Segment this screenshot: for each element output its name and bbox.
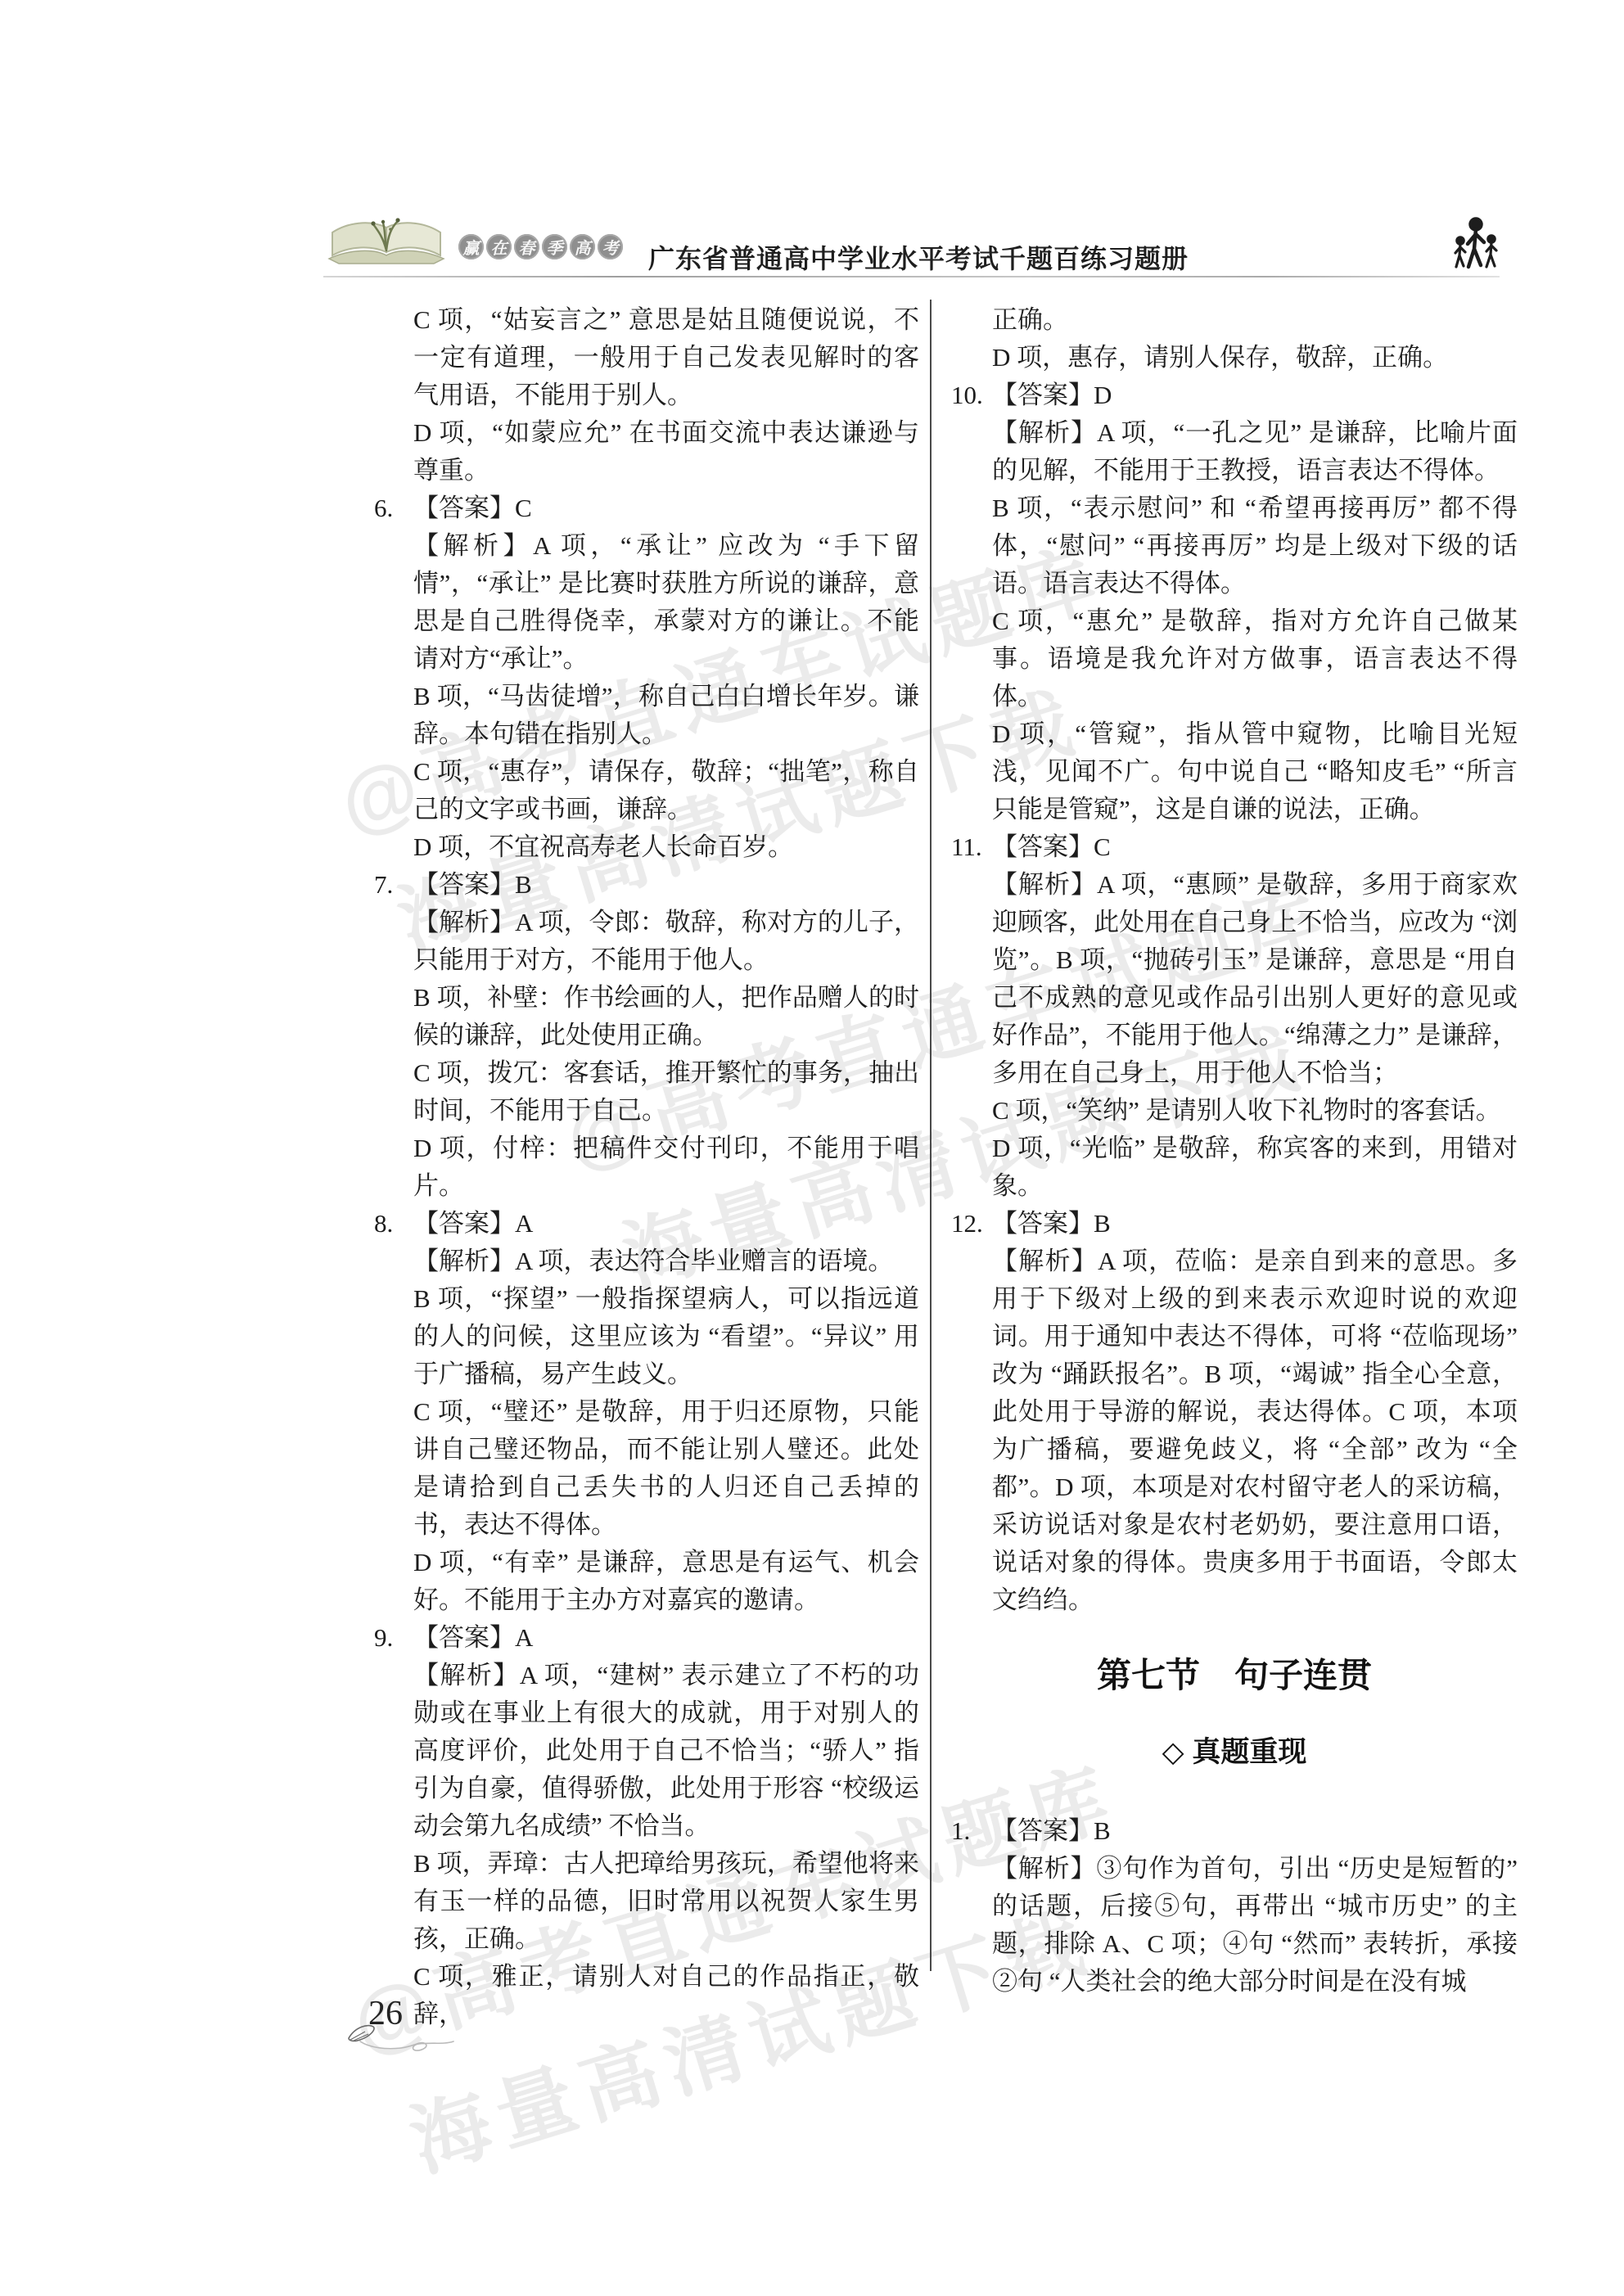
analysis-line: B 项，弄璋：古人把璋给男孩玩，希望他将来有玉一样的品德，旧时常用以祝贺人家生男… bbox=[413, 1845, 919, 1958]
analysis-line: 【解析】A 项，“建树” 表示建立了不朽的功勋或在事业上有很大的成就，用于对别人… bbox=[413, 1657, 919, 1845]
text-line: C 项，“姑妄言之” 意思是姑且随便说说，不一定有道理，一般用于自己发表见解时的… bbox=[413, 301, 919, 414]
answer-item-7: 7. 【答案】B 【解析】A 项，令郎：敬辞，称对方的儿子，只能用于对方，不能用… bbox=[372, 866, 919, 1205]
answer-item-11: 11. 【答案】C 【解析】A 项，“惠顾” 是敬辞，多用于商家欢迎顾客，此处用… bbox=[951, 828, 1518, 1205]
brand-badge: 季 bbox=[542, 234, 567, 259]
analysis-line: 【解析】A 项，“一孔之见” 是谦辞，比喻片面的见解，不能用于王教授，语言表达不… bbox=[992, 414, 1518, 489]
badge-char: 考 bbox=[602, 235, 619, 259]
analysis-line: C 项，雅正，请别人对自己的作品指正，敬辞， bbox=[413, 1958, 919, 2033]
badge-char: 高 bbox=[575, 235, 591, 259]
item-number: 8. bbox=[374, 1205, 393, 1243]
brand-badges: 赢 在 春 季 高 考 bbox=[458, 234, 625, 259]
text-line: D 项，“如蒙应允” 在书面交流中表达谦逊与尊重。 bbox=[413, 414, 919, 489]
analysis-line: C 项，“笑纳” 是请别人收下礼物时的客套话。 bbox=[992, 1092, 1518, 1130]
workbook-title: 广东省普通高中学业水平考试千题百练习题册 bbox=[648, 238, 1189, 276]
brand-badge: 考 bbox=[598, 234, 623, 259]
badge-char: 季 bbox=[547, 235, 563, 259]
answer-item-9: 9. 【答案】A 【解析】A 项，“建树” 表示建立了不朽的功勋或在事业上有很大… bbox=[372, 1619, 919, 2033]
analysis-line: C 项，“惠存”，请保存，敬辞；“拙笔”，称自己的文字或书画，谦辞。 bbox=[413, 753, 919, 828]
item-number: 6. bbox=[374, 489, 393, 527]
analysis-line: 【解析】A 项，表达符合毕业赠言的语境。 bbox=[413, 1243, 919, 1280]
answer-line: 【答案】B bbox=[992, 1812, 1518, 1850]
analysis-line: C 项，“惠允” 是敬辞，指对方允许自己做某事。语境是我允许对方做事，语言表达不… bbox=[992, 602, 1518, 715]
item-number: 9. bbox=[374, 1619, 393, 1657]
answer-line: 【答案】C bbox=[413, 489, 919, 527]
analysis-line: 【解析】A 项，令郎：敬辞，称对方的儿子，只能用于对方，不能用于他人。 bbox=[413, 904, 919, 979]
badge-char: 在 bbox=[491, 235, 508, 259]
workbook-answer-page: @高考直通车试题库 海量高清试题下载 @高考直通车试题库 海量高清试题下载 @高… bbox=[0, 0, 1624, 2296]
answer-line: 【答案】B bbox=[413, 866, 919, 904]
brand-badge: 高 bbox=[570, 234, 595, 259]
answer-item-1: 1. 【答案】B 【解析】③句作为首句，引出 “历史是短暂的” 的话题，后接⑤句… bbox=[951, 1812, 1518, 2001]
answer-item-8: 8. 【答案】A 【解析】A 项，表达符合毕业赠言的语境。 B 项，“探望” 一… bbox=[372, 1205, 919, 1619]
analysis-line: D 项，“光临” 是敬辞，称宾客的来到，用错对象。 bbox=[992, 1130, 1518, 1205]
analysis-line: 【解析】A 项，莅临：是亲自到来的意思。多用于下级对上级的到来表示欢迎时说的欢迎… bbox=[992, 1243, 1518, 1619]
item-number: 10. bbox=[951, 377, 983, 414]
text-line: 正确。 bbox=[992, 301, 1518, 339]
analysis-line: 【解析】③句作为首句，引出 “历史是短暂的” 的话题，后接⑤句，再带出 “城市历… bbox=[992, 1850, 1518, 2001]
brand-badge: 在 bbox=[486, 234, 512, 259]
open-book-logo-icon bbox=[326, 213, 449, 277]
section-title: 第七节 句子连贯 bbox=[951, 1655, 1518, 1696]
answer-line: 【答案】B bbox=[992, 1205, 1518, 1243]
analysis-line: D 项，付梓：把稿件交付刊印，不能用于唱片。 bbox=[413, 1130, 919, 1205]
brand-badge: 春 bbox=[514, 234, 539, 259]
analysis-line: 【解析】A 项，“承让” 应改为 “手下留情”，“承让” 是比赛时获胜方所说的谦… bbox=[413, 527, 919, 678]
analysis-line: B 项，“表示慰问” 和 “希望再接再厉” 都不得体，“慰问” “再接再厉” 均… bbox=[992, 489, 1518, 602]
analysis-line: C 项，“璧还” 是敬辞，用于归还原物，只能讲自己璧还物品，而不能让别人璧还。此… bbox=[413, 1393, 919, 1544]
answer-line: 【答案】C bbox=[992, 828, 1518, 866]
item-number: 12. bbox=[951, 1205, 983, 1243]
quill-flourish-icon bbox=[337, 2020, 460, 2070]
item-number: 7. bbox=[374, 866, 393, 904]
analysis-line: D 项，“管窥”，指从管中窥物，比喻目光短浅，见闻不广。句中说自己 “略知皮毛”… bbox=[992, 715, 1518, 828]
brand-badge: 赢 bbox=[458, 234, 484, 259]
answer-item-12: 12. 【答案】B 【解析】A 项，莅临：是亲自到来的意思。多用于下级对上级的到… bbox=[951, 1205, 1518, 1619]
analysis-line: D 项，不宜祝高寿老人长命百岁。 bbox=[413, 828, 919, 866]
analysis-line: C 项，拨冗：客套话，推开繁忙的事务，抽出时间，不能用于自己。 bbox=[413, 1054, 919, 1130]
answer-line: 【答案】A bbox=[413, 1619, 919, 1657]
analysis-line: B 项，“马齿徒增”，称自己白白增长年岁。谦辞。本句错在指别人。 bbox=[413, 678, 919, 753]
badge-char: 赢 bbox=[463, 235, 480, 259]
left-column: C 项，“姑妄言之” 意思是姑且随便说说，不一定有道理，一般用于自己发表见解时的… bbox=[372, 301, 919, 2033]
answer-item-6: 6. 【答案】C 【解析】A 项，“承让” 应改为 “手下留情”，“承让” 是比… bbox=[372, 489, 919, 866]
header-divider-line bbox=[323, 276, 1500, 277]
answer-item-9-continued: 正确。 D 项，惠存，请别人保存，敬辞，正确。 bbox=[951, 301, 1518, 377]
answer-item-5-continued: C 项，“姑妄言之” 意思是姑且随便说说，不一定有道理，一般用于自己发表见解时的… bbox=[372, 301, 919, 489]
item-number: 11. bbox=[951, 828, 982, 866]
answer-item-10: 10. 【答案】D 【解析】A 项，“一孔之见” 是谦辞，比喻片面的见解，不能用… bbox=[951, 377, 1518, 828]
analysis-line: B 项，“探望” 一般指探望病人，可以指远道的人的问候，这里应该为 “看望”。“… bbox=[413, 1280, 919, 1393]
analysis-line: 【解析】A 项，“惠顾” 是敬辞，多用于商家欢迎顾客，此处用在自己身上不恰当，应… bbox=[992, 866, 1518, 1092]
analysis-line: D 项，“有幸” 是谦辞，意思是有运气、机会好。不能用于主办方对嘉宾的邀请。 bbox=[413, 1544, 919, 1619]
right-column: 正确。 D 项，惠存，请别人保存，敬辞，正确。 10. 【答案】D 【解析】A … bbox=[951, 301, 1518, 2001]
analysis-line: B 项，补壁：作书绘画的人，把作品赠人的时候的谦辞，此处使用正确。 bbox=[413, 979, 919, 1054]
text-line: D 项，惠存，请别人保存，敬辞，正确。 bbox=[992, 339, 1518, 377]
item-number: 1. bbox=[951, 1812, 970, 1850]
subsection-title: ◇ 真题重现 bbox=[951, 1735, 1518, 1770]
answer-line: 【答案】A bbox=[413, 1205, 919, 1243]
column-divider-line bbox=[930, 300, 932, 1971]
badge-char: 春 bbox=[519, 235, 535, 259]
answer-line: 【答案】D bbox=[992, 377, 1518, 414]
